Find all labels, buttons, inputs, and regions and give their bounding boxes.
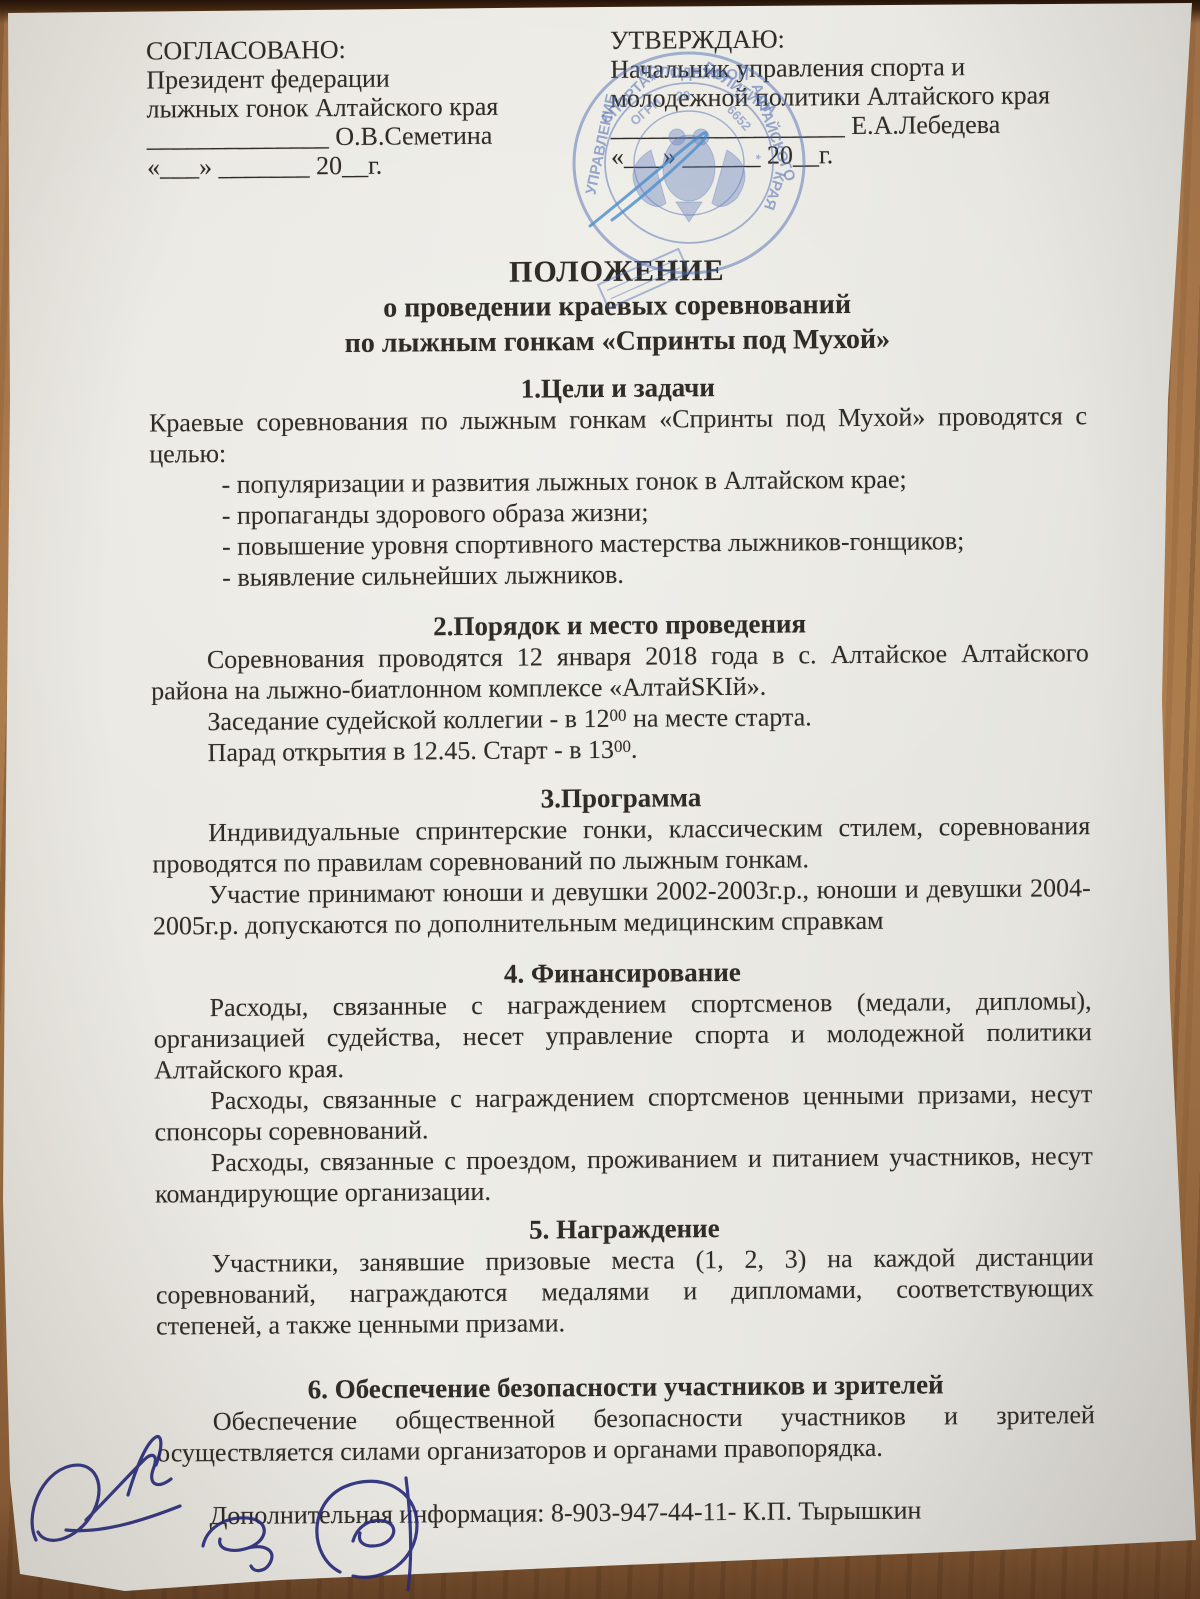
bullet-item: - выявление сильнейших лыжников. (150, 555, 1088, 593)
superscript-minutes: 00 (614, 737, 631, 756)
approval-left-name: О.В.Семетина (335, 121, 492, 151)
text-line: Парад открытия в 12.45. Старт - в 1300. (151, 730, 1089, 768)
seal-word: КРАЯ (760, 169, 788, 212)
text-line: степеней, а также ценными призами. (156, 1303, 1094, 1341)
section-4: 4. Финансирование Расходы, связанные с н… (153, 954, 1093, 1209)
approval-left-title: СОГЛАСОВАНО: (146, 33, 601, 66)
section-3: 3.Программа Индивидуальные спринтерские … (152, 779, 1091, 941)
seal-word: 20 (675, 88, 691, 104)
text-segment: Заседание судейской коллегии - в 12 (207, 704, 609, 736)
text-segment: на месте старта. (626, 702, 811, 732)
signature-ink-2 (203, 1518, 272, 1571)
approval-left-date-line: «___» _______ 20__г. (147, 149, 602, 182)
signature-blank-line: ______________ (147, 122, 329, 152)
text-line: командирующие организации. (155, 1171, 1093, 1209)
text-line: 2005г.р. допускаются по дополнительным м… (153, 903, 1091, 941)
official-seal: УПРАВЛЕНИЕ СПОРТА * МОЛОДЕЖНОЙ ПОЛИТИКИ … (548, 40, 833, 335)
section-1: 1.Цели и задачи Краевые соревнования по … (149, 369, 1089, 593)
signature-ink-3 (317, 1478, 417, 1590)
seal-word: * (749, 154, 764, 161)
approval-left-org1: Президент федерации (146, 62, 601, 95)
signature-ink-1 (32, 1437, 180, 1541)
approval-left-block: СОГЛАСОВАНО: Президент федерации лыжных … (146, 33, 602, 182)
handwritten-signatures (8, 1420, 468, 1598)
approval-left-org2: лыжных гонок Алтайского края (146, 91, 601, 124)
approval-left-sign-row: ______________ О.В.Семетина (147, 120, 602, 153)
approval-right-name: Е.А.Лебедева (851, 110, 1000, 140)
text-segment: Парад открытия в 12.45. Старт - в 13 (208, 735, 615, 767)
seal-inner-box (598, 249, 689, 309)
section-5: 5. Награждение Участники, занявшие призо… (155, 1210, 1094, 1341)
text-segment: . (631, 735, 638, 764)
superscript-minutes: 00 (609, 706, 626, 725)
section-2: 2.Порядок и место проведения Соревновани… (151, 606, 1090, 768)
